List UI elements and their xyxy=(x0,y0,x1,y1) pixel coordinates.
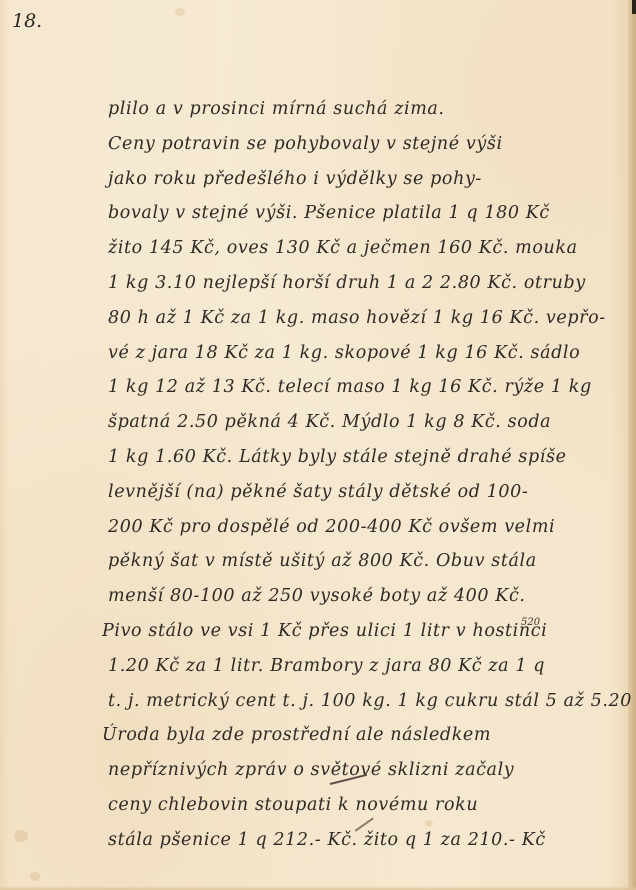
page-number: 18. xyxy=(12,10,42,32)
text-line: 1 kg 3.10 nejlepší horší druh 1 a 2 2.80… xyxy=(108,266,578,301)
page-bottom-edge xyxy=(0,886,636,890)
text-line: menší 80-100 až 250 vysoké boty až 400 K… xyxy=(108,579,578,614)
foxing-spot xyxy=(30,872,40,881)
text-line: nepříznivých zpráv o světové sklizni zač… xyxy=(108,753,578,788)
text-line: ceny chlebovin stoupati k novému roku xyxy=(108,788,578,823)
text-line: 200 Kč pro dospělé od 200-400 Kč ovšem v… xyxy=(108,510,578,545)
text-line: 1 kg 1.60 Kč. Látky byly stále stejně dr… xyxy=(108,440,578,475)
text-line: 1 kg 12 až 13 Kč. telecí maso 1 kg 16 Kč… xyxy=(108,370,578,405)
text-line: 80 h až 1 Kč za 1 kg. maso hovězí 1 kg 1… xyxy=(108,301,578,336)
foxing-spot xyxy=(175,8,185,16)
text-line: bovaly v stejné výši. Pšenice platila 1 … xyxy=(108,196,578,231)
page-edge-shadow xyxy=(632,0,636,14)
text-line: Ceny potravin se pohybovaly v stejné výš… xyxy=(108,127,578,162)
text-line: Pivo stálo ve vsi 1 Kč přes ulici 1 litr… xyxy=(102,614,578,649)
text-line: vé z jara 18 Kč za 1 kg. skopové 1 kg 16… xyxy=(108,336,578,371)
text-line: 1.20 Kč za 1 litr. Brambory z jara 80 Kč… xyxy=(108,649,578,684)
foxing-spot xyxy=(14,830,28,842)
text-line: špatná 2.50 pěkná 4 Kč. Mýdlo 1 kg 8 Kč.… xyxy=(108,405,578,440)
text-line: plilo a v prosinci mírná suchá zima. xyxy=(108,92,578,127)
page-edge xyxy=(628,0,636,890)
text-line: žito 145 Kč, oves 130 Kč a ječmen 160 Kč… xyxy=(108,231,578,266)
handwritten-text-block: plilo a v prosinci mírná suchá zima. Cen… xyxy=(108,92,578,858)
superscript-correction: 520 xyxy=(521,617,540,628)
text-line: t. j. metrický cent t. j. 100 kg. 1 kg c… xyxy=(108,684,578,719)
text-line: levnější (na) pěkné šaty stály dětské od… xyxy=(108,475,578,510)
text-line: jako roku předešlého i výdělky se pohy- xyxy=(108,162,578,197)
manuscript-page: 18. plilo a v prosinci mírná suchá zima.… xyxy=(0,0,636,890)
text-line: stála pšenice 1 q 212.- Kč. žito q 1 za … xyxy=(108,823,578,858)
text-line: Úroda byla zde prostřední ale následkem xyxy=(102,718,578,753)
text-line: pěkný šat v místě ušitý až 800 Kč. Obuv … xyxy=(108,544,578,579)
